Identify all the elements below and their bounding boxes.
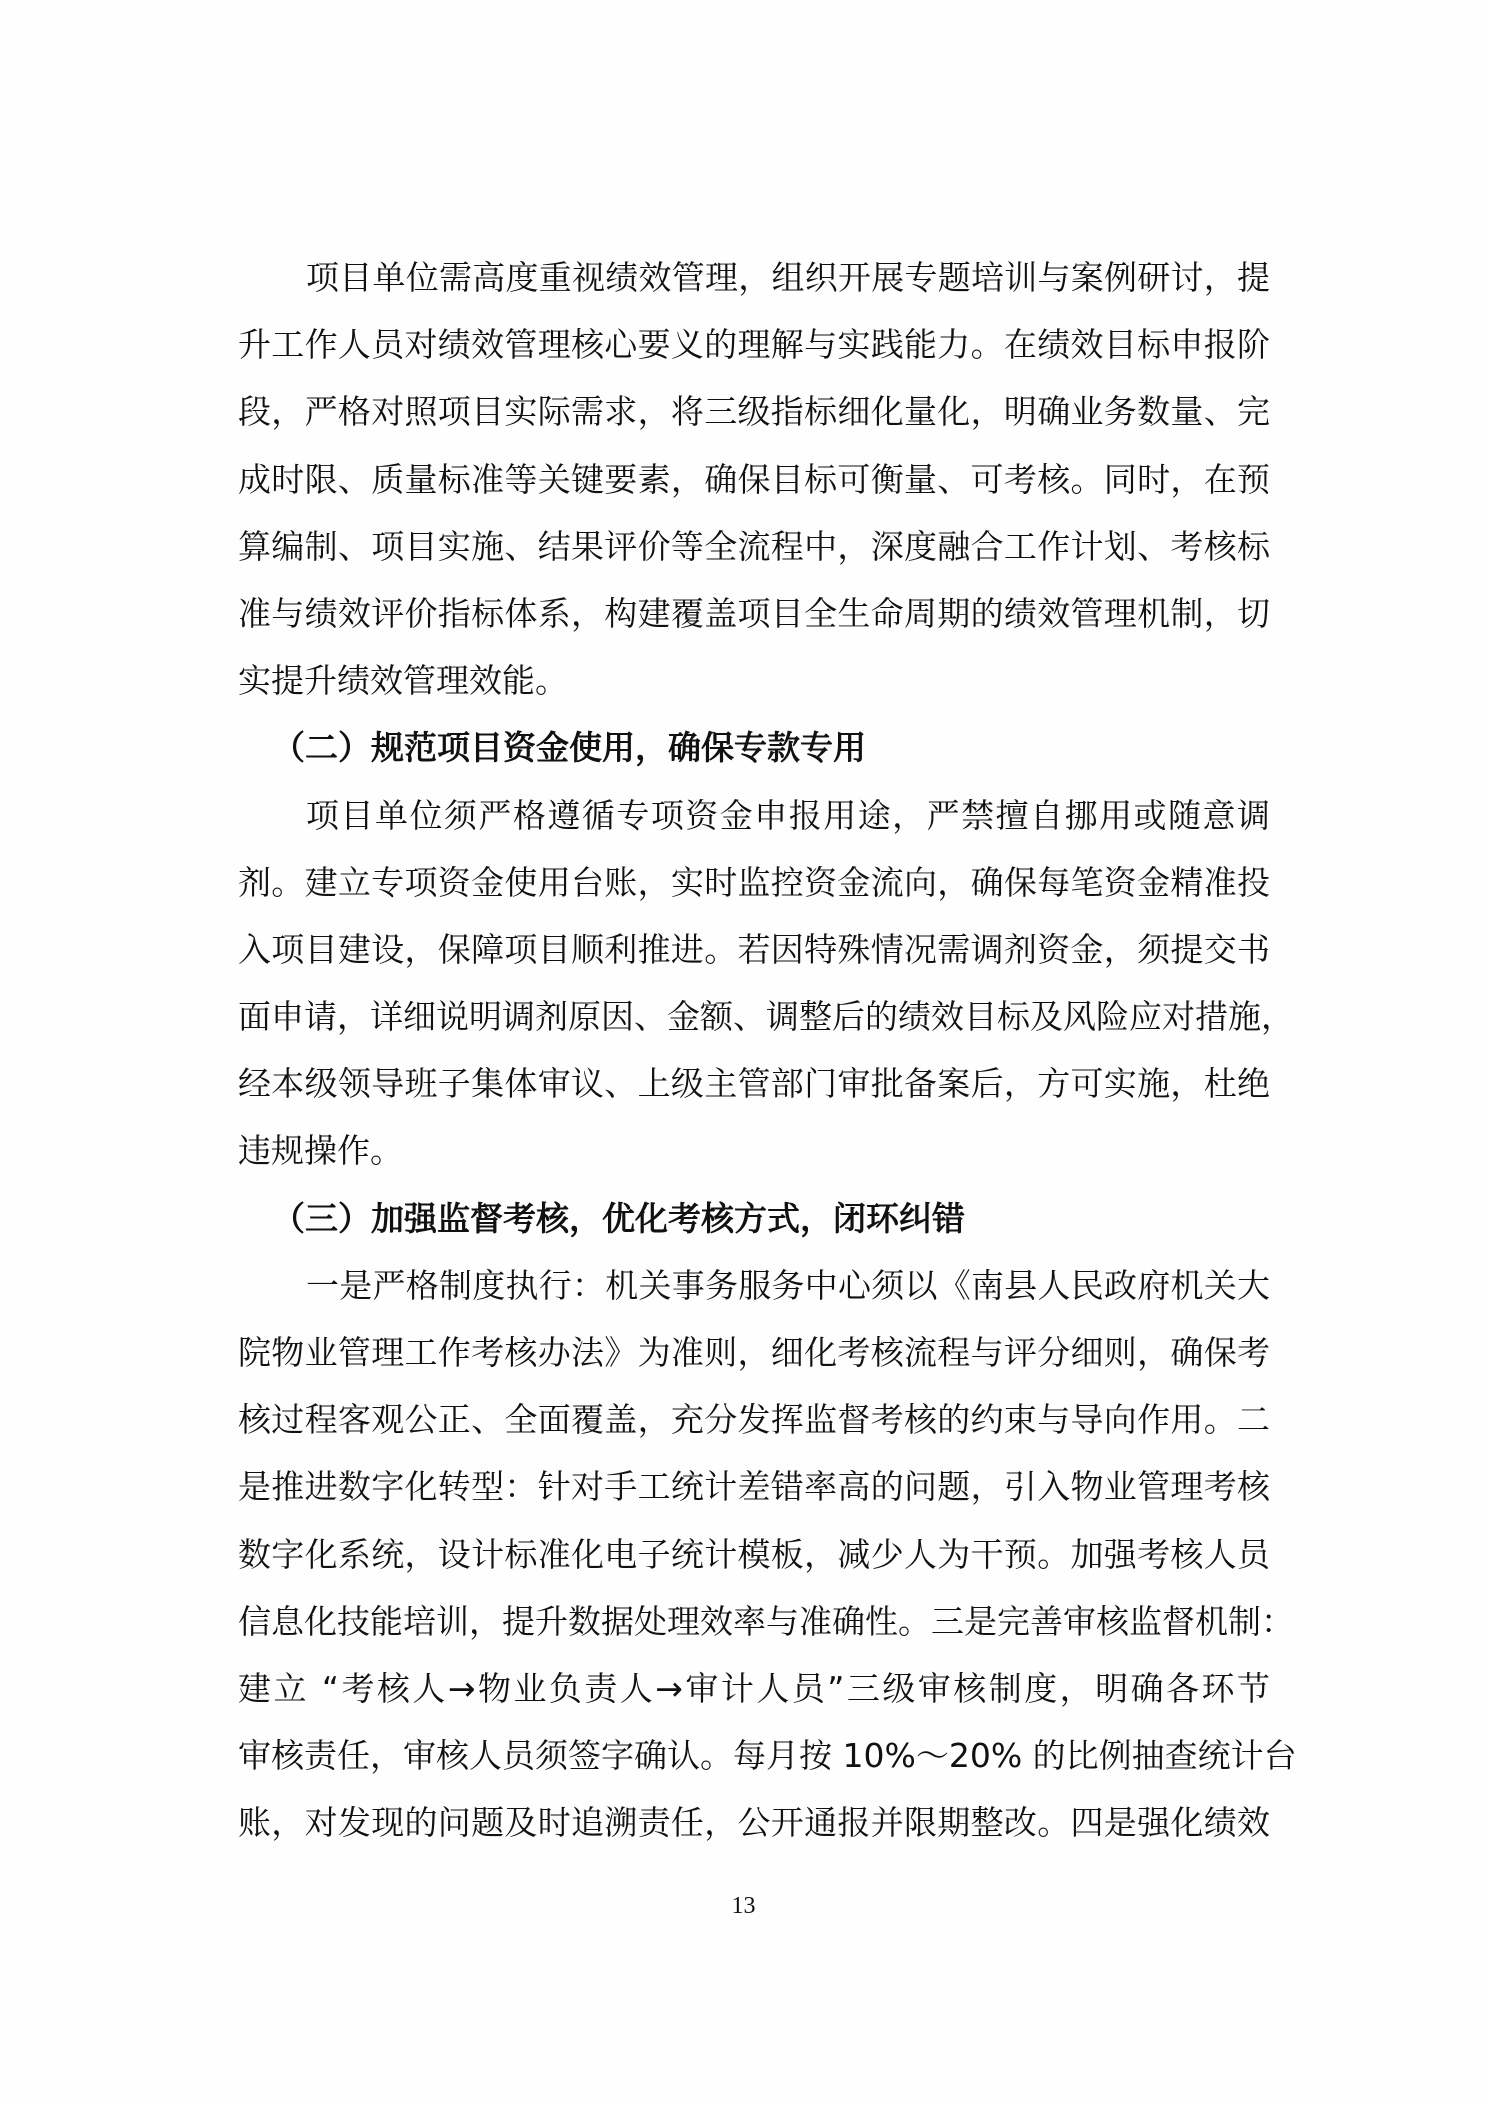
text-line: 准与绩效评价指标体系，构建覆盖项目全生命周期的绩效管理机制，切 — [238, 580, 1270, 647]
text-line: 剂。建立专项资金使用台账，实时监控资金流向，确保每笔资金精准投 — [238, 849, 1270, 916]
text-line: 核过程客观公正、全面覆盖，充分发挥监督考核的约束与导向作用。二 — [238, 1386, 1270, 1453]
paragraph-fund-usage: 项目单位须严格遵循专项资金申报用途，严禁擅自挪用或随意调 剂。建立专项资金使用台… — [238, 782, 1270, 1185]
text-line: 经本级领导班子集体审议、上级主管部门审批备案后，方可实施，杜绝 — [238, 1050, 1270, 1117]
text-line: 项目单位需高度重视绩效管理，组织开展专题培训与案例研讨，提 — [238, 244, 1270, 311]
section-heading-3: （三）加强监督考核，优化考核方式，闭环纠错 — [238, 1185, 1270, 1252]
page-body: 项目单位需高度重视绩效管理，组织开展专题培训与案例研讨，提 升工作人员对绩效管理… — [238, 244, 1270, 1857]
text-line: 一是严格制度执行：机关事务服务中心须以《南县人民政府机关大 — [238, 1252, 1270, 1319]
text-line: 审核责任，审核人员须签字确认。每月按 10%～20% 的比例抽查统计台 — [238, 1722, 1270, 1789]
text-line: 院物业管理工作考核办法》为准则，细化考核流程与评分细则，确保考 — [238, 1319, 1270, 1386]
text-line: 入项目建设，保障项目顺利推进。若因特殊情况需调剂资金，须提交书 — [238, 916, 1270, 983]
text-line: 账，对发现的问题及时追溯责任，公开通报并限期整改。四是强化绩效 — [238, 1789, 1270, 1856]
text-line: 实提升绩效管理效能。 — [238, 647, 1270, 714]
text-line: 数字化系统，设计标准化电子统计模板，减少人为干预。加强考核人员 — [238, 1521, 1270, 1588]
text-line: 是推进数字化转型：针对手工统计差错率高的问题，引入物业管理考核 — [238, 1453, 1270, 1520]
section-heading-2: （二）规范项目资金使用，确保专款专用 — [238, 714, 1270, 781]
document-page: 项目单位需高度重视绩效管理，组织开展专题培训与案例研讨，提 升工作人员对绩效管理… — [0, 0, 1487, 2105]
text-line: 算编制、项目实施、结果评价等全流程中，深度融合工作计划、考核标 — [238, 513, 1270, 580]
text-line: 升工作人员对绩效管理核心要义的理解与实践能力。在绩效目标申报阶 — [238, 311, 1270, 378]
text-line: 违规操作。 — [238, 1117, 1270, 1184]
text-line: 信息化技能培训，提升数据处理效率与准确性。三是完善审核监督机制： — [238, 1588, 1270, 1655]
text-line: 建立 “考核人→物业负责人→审计人员”三级审核制度，明确各环节 — [238, 1655, 1270, 1722]
text-line: 面申请，详细说明调剂原因、金额、调整后的绩效目标及风险应对措施， — [238, 983, 1270, 1050]
page-number: 13 — [0, 1893, 1487, 1920]
paragraph-performance-management: 项目单位需高度重视绩效管理，组织开展专题培训与案例研讨，提 升工作人员对绩效管理… — [238, 244, 1270, 714]
text-line: 段，严格对照项目实际需求，将三级指标细化量化，明确业务数量、完 — [238, 378, 1270, 445]
text-line: 成时限、质量标准等关键要素，确保目标可衡量、可考核。同时，在预 — [238, 446, 1270, 513]
paragraph-supervision: 一是严格制度执行：机关事务服务中心须以《南县人民政府机关大 院物业管理工作考核办… — [238, 1252, 1270, 1857]
text-line: 项目单位须严格遵循专项资金申报用途，严禁擅自挪用或随意调 — [238, 782, 1270, 849]
